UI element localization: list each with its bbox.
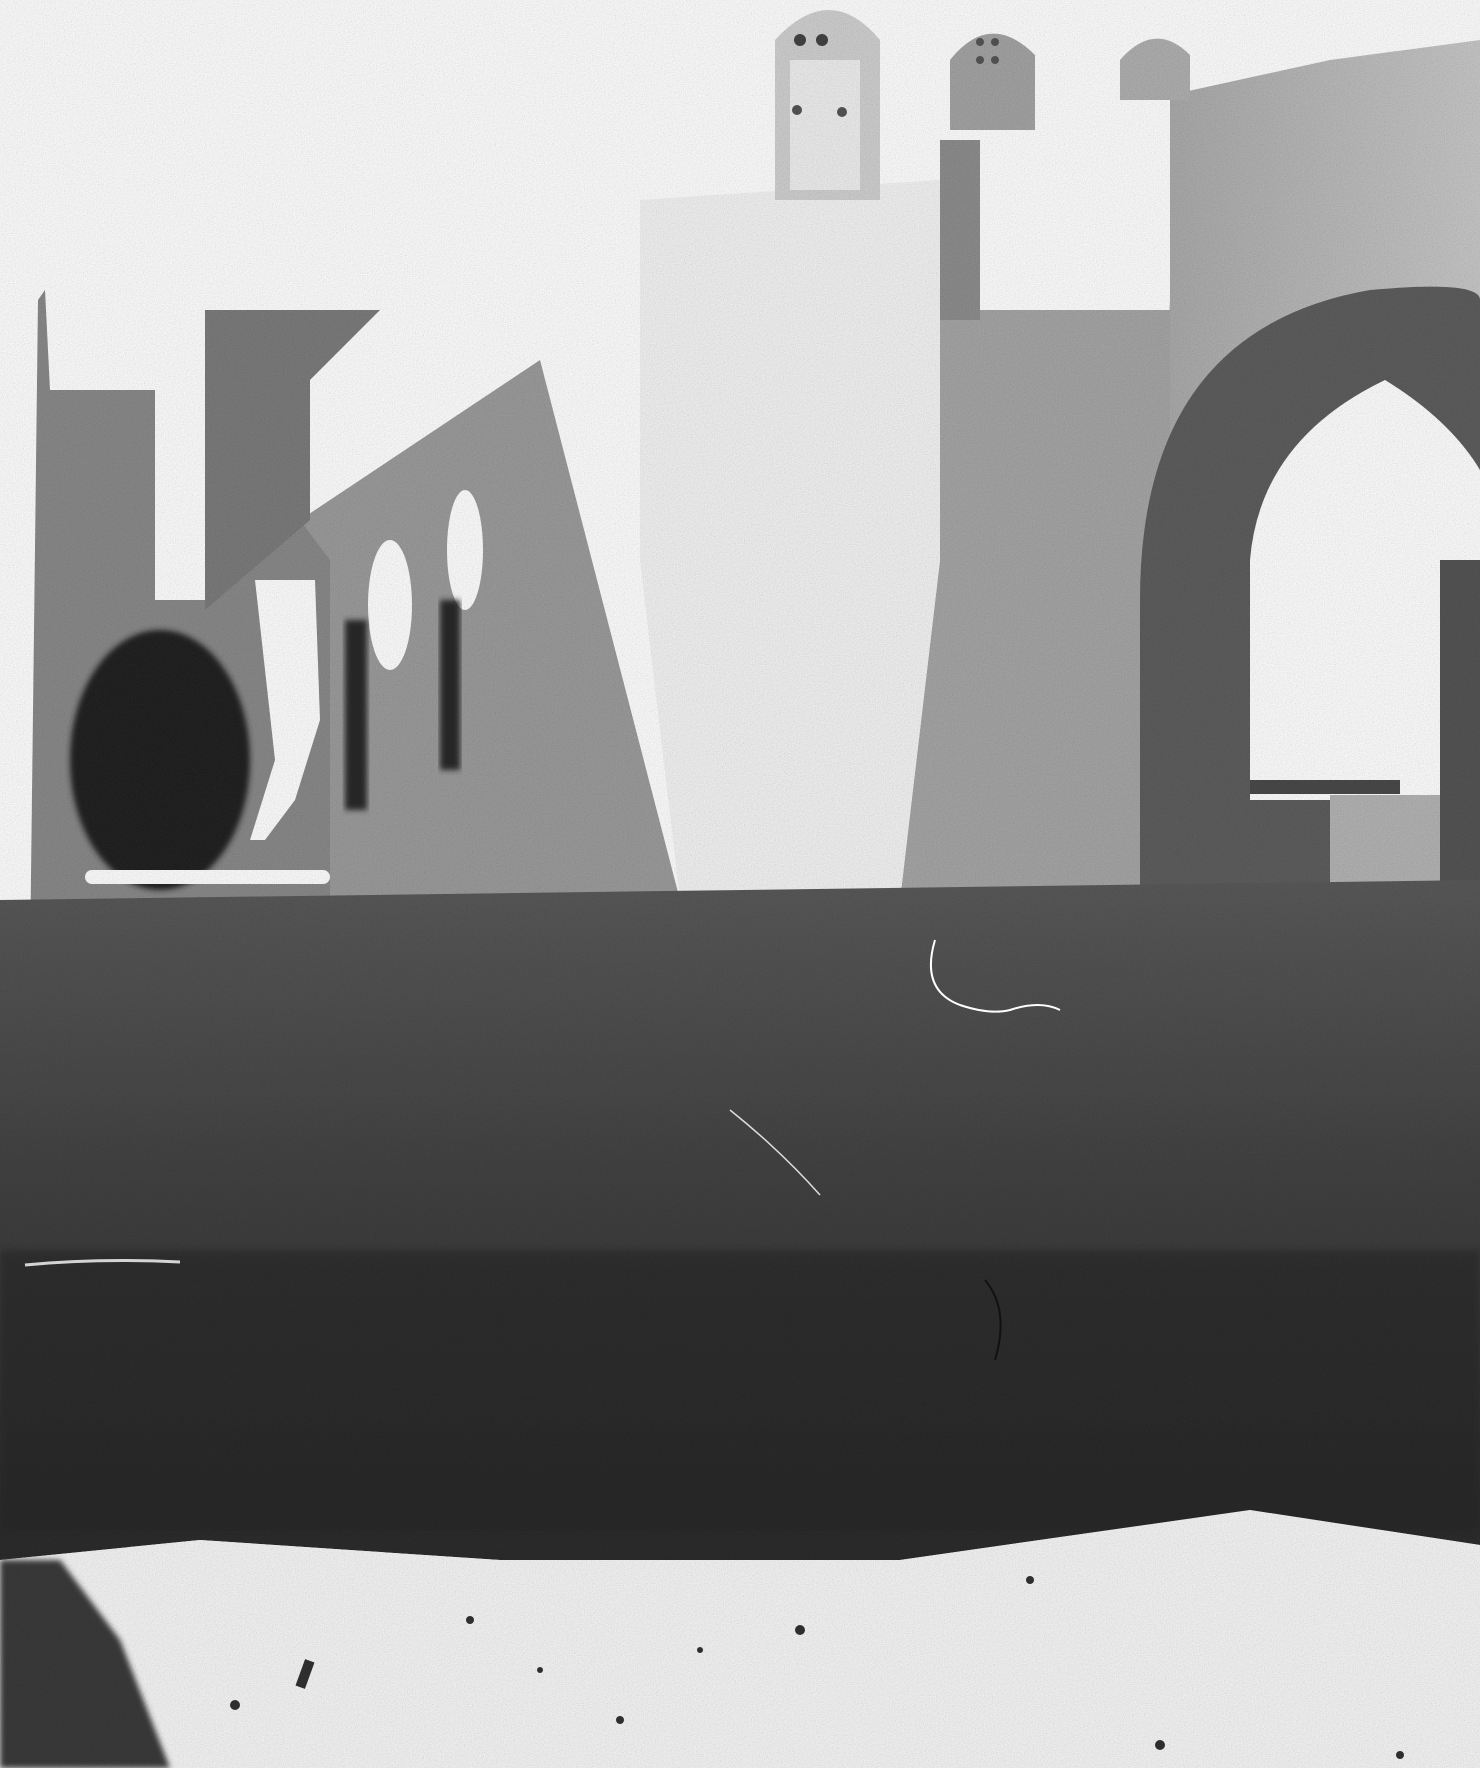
- central-tower-window-frame: [790, 60, 860, 190]
- arch-sill: [1250, 780, 1400, 794]
- central-tower: [640, 180, 940, 900]
- colonnade-opening-3: [447, 490, 483, 610]
- colonnade-shadow-1: [70, 630, 250, 890]
- rear-tower-2: [950, 34, 1035, 130]
- photo-layers: [0, 0, 1480, 1768]
- tower-2-shaft: [940, 140, 980, 320]
- colonnade-column-1: [345, 620, 367, 810]
- fortress-photograph: [0, 0, 1480, 1768]
- left-base-stripe: [85, 870, 330, 884]
- colonnade-column-2: [440, 600, 460, 770]
- grass-band-dark: [0, 1250, 1480, 1530]
- left-gap: [160, 300, 200, 590]
- colonnade-opening-2: [368, 540, 412, 670]
- middle-wall: [900, 310, 1170, 900]
